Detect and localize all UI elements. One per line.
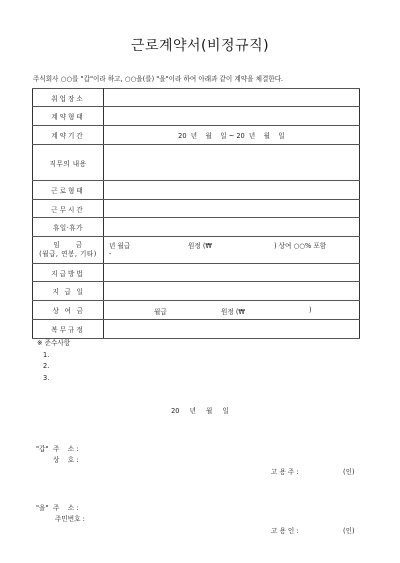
table-row-service-rules: 복무규정 — [33, 320, 360, 339]
wage-bonus-label: ) 상여 ○○% 포함 — [274, 240, 326, 250]
value-work-form[interactable] — [104, 181, 360, 200]
table-row-workplace: 취업장소 — [33, 89, 360, 107]
label-wage-sub: (월급, 연봉, 기타) — [33, 250, 103, 259]
value-workplace[interactable] — [104, 89, 360, 107]
table-row-contract-period: 계약기간 20 년 월 일 ~ 20 년 월 일 — [33, 126, 360, 145]
table-row-wage: 임 금 (월급, 연봉, 기타) 년 월급 원정 (₩ ) 상여 ○○% 포함 … — [33, 237, 360, 264]
party-a-seal: (인) — [343, 466, 355, 476]
party-a-address-label: 주 소 : — [53, 443, 78, 453]
note-item-1: 1. — [37, 350, 70, 362]
wage-amount-label: 원정 (₩ — [188, 240, 212, 250]
table-row-contract-type: 계약형태 — [33, 107, 360, 126]
value-service-rules[interactable] — [104, 320, 360, 339]
party-b-address-label: 주 소 : — [53, 502, 78, 512]
table-row-bonus: 상 여 금 월급 원정 (₩ ) — [33, 301, 360, 320]
party-b-tag: "을" — [36, 502, 48, 512]
label-holidays: 휴일·휴가 — [33, 218, 104, 237]
value-duties[interactable] — [104, 145, 360, 181]
table-row-duties: 직무의 내용 — [33, 145, 360, 181]
intro-text: 주식회사 ○○를 "갑"이라 하고, ○○을(를) "을"이라 하여 아래과 같… — [33, 73, 283, 83]
label-service-rules: 복무규정 — [33, 320, 104, 339]
party-b-id-label: 주민번호 : — [55, 513, 85, 523]
party-a-tag: "갑" — [36, 443, 48, 453]
label-wage: 임 금 (월급, 연봉, 기타) — [33, 237, 104, 264]
table-row-work-form: 근로형태 — [33, 181, 360, 200]
value-payment-method[interactable] — [104, 264, 360, 282]
value-contract-period[interactable]: 20 년 월 일 ~ 20 년 월 일 — [104, 126, 360, 145]
value-bonus[interactable]: 월급 원정 (₩ ) — [104, 301, 360, 320]
party-a-company-label: 상 호 : — [53, 454, 78, 464]
label-bonus: 상 여 금 — [33, 301, 104, 320]
label-duties: 직무의 내용 — [33, 145, 104, 181]
label-contract-type: 계약형태 — [33, 107, 104, 126]
value-contract-type[interactable] — [104, 107, 360, 126]
bonus-close-paren: ) — [309, 306, 312, 314]
label-payment-method: 지급방법 — [33, 264, 104, 282]
label-workplace: 취업장소 — [33, 89, 104, 107]
note-item-3: 3. — [37, 373, 70, 385]
label-work-hours: 근무시간 — [33, 200, 104, 218]
label-wage-main: 임 금 — [33, 241, 103, 250]
value-holidays[interactable] — [104, 218, 360, 237]
value-payday[interactable] — [104, 282, 360, 301]
table-row-payday: 지 급 일 — [33, 282, 360, 301]
label-work-form: 근로형태 — [33, 181, 104, 200]
label-payday: 지 급 일 — [33, 282, 104, 301]
compliance-notes: ※ 준수사항 1. 2. 3. — [37, 338, 70, 384]
party-b-signer-label: 고 용 인 : — [271, 525, 299, 535]
note-item-2: 2. — [37, 361, 70, 373]
contract-table: 취업장소 계약형태 계약기간 20 년 월 일 ~ 20 년 월 일 직무의 내… — [32, 88, 360, 339]
notes-heading: ※ 준수사항 — [37, 338, 70, 350]
wage-monthly-label: 년 월급 — [109, 240, 130, 250]
party-a-signer-label: 고 용 주 : — [271, 466, 299, 476]
value-work-hours[interactable] — [104, 200, 360, 218]
label-contract-period: 계약기간 — [33, 126, 104, 145]
signing-date: 20 년 월 일 — [0, 405, 400, 415]
bonus-amount-label: 원정 (₩ — [221, 306, 245, 316]
table-row-payment-method: 지급방법 — [33, 264, 360, 282]
table-row-holidays: 휴일·휴가 — [33, 218, 360, 237]
bonus-monthly-label: 월급 — [154, 306, 167, 316]
wage-line2: - — [109, 250, 111, 258]
party-b-seal: (인) — [343, 525, 355, 535]
document-title: 근로계약서(비정규직) — [0, 35, 400, 55]
table-row-work-hours: 근무시간 — [33, 200, 360, 218]
value-wage[interactable]: 년 월급 원정 (₩ ) 상여 ○○% 포함 - — [104, 237, 360, 264]
